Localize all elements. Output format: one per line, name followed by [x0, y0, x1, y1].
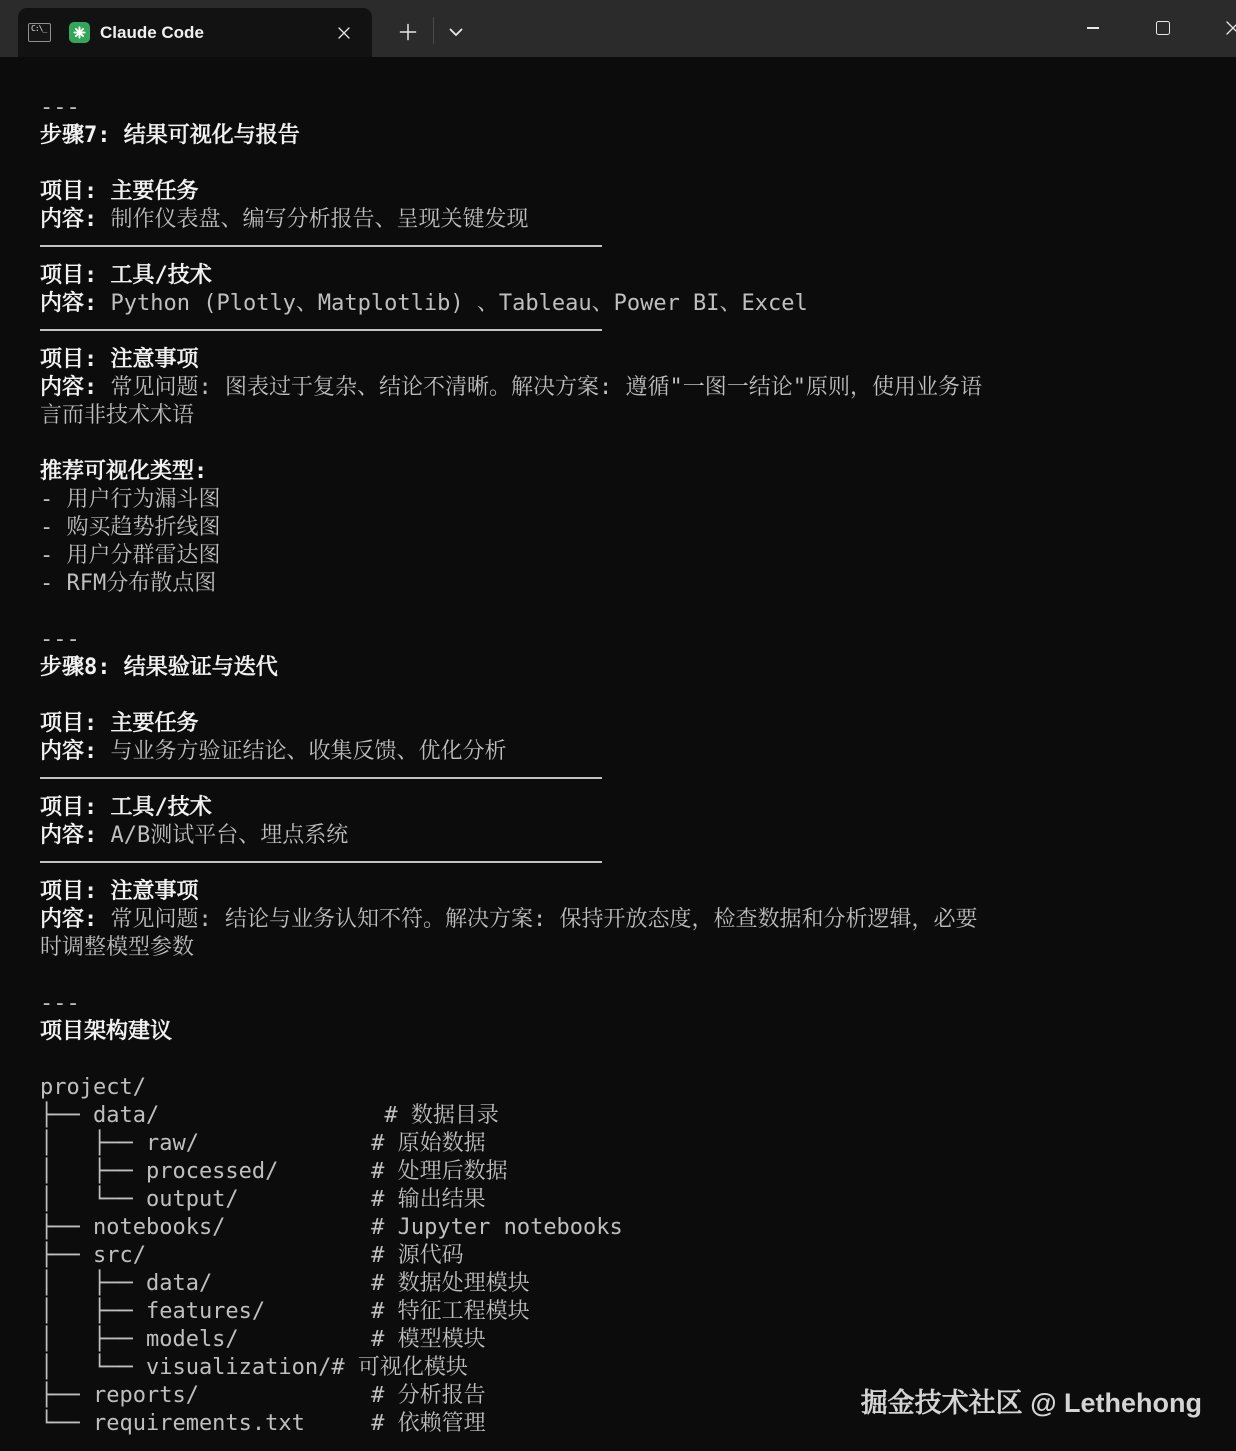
terminal-text-segment: └── requirements.txt # 依赖管理: [40, 1411, 486, 1436]
terminal-line: 项目: 主要任务: [40, 710, 1236, 738]
close-button[interactable]: [1210, 0, 1236, 56]
terminal-text-segment: │ ├── raw/ # 原始数据: [40, 1131, 486, 1156]
terminal-line: │ └── output/ # 输出结果: [40, 1186, 1236, 1214]
terminal-line: │ ├── data/ # 数据处理模块: [40, 1270, 1236, 1298]
terminal-line: - 用户分群雷达图: [40, 542, 1236, 570]
maximize-button[interactable]: [1140, 0, 1186, 56]
terminal-text-segment: 内容:: [40, 823, 111, 848]
terminal-line: │ ├── features/ # 特征工程模块: [40, 1298, 1236, 1326]
claude-code-icon: [69, 22, 90, 43]
terminal-text-segment: 言而非技术术语: [40, 403, 194, 428]
tab-dropdown-button[interactable]: [441, 16, 471, 48]
terminal-line: │ ├── processed/ # 处理后数据: [40, 1158, 1236, 1186]
close-icon: [1226, 21, 1236, 35]
separator-line: [40, 777, 602, 779]
terminal-line: - RFM分布散点图: [40, 570, 1236, 598]
terminal-line: 步骤8: 结果验证与迭代: [40, 654, 1236, 682]
terminal-text-segment: 制作仪表盘、编写分析报告、呈现关键发现: [111, 207, 529, 232]
terminal-text-segment: │ ├── data/ # 数据处理模块: [40, 1271, 530, 1296]
terminal-content: ---步骤7: 结果可视化与报告项目: 主要任务内容: 制作仪表盘、编写分析报告…: [0, 57, 1236, 1451]
terminal-line: - 购买趋势折线图: [40, 514, 1236, 542]
terminal-text-segment: 推荐可视化类型:: [40, 459, 207, 484]
terminal-text-segment: 内容:: [40, 907, 111, 932]
terminal-line: 项目: 工具/技术: [40, 794, 1236, 822]
terminal-line: 内容: 常见问题: 图表过于复杂、结论不清晰。解决方案: 遵循"一图一结论"原则…: [40, 374, 1236, 402]
terminal-text-segment: ├── src/ # 源代码: [40, 1243, 464, 1268]
terminal-line: 推荐可视化类型:: [40, 458, 1236, 486]
terminal-text-segment: 项目: 主要任务: [40, 711, 199, 736]
tab-claude-code[interactable]: C:\_ Claude Code: [18, 8, 372, 57]
terminal-text-segment: 项目: 工具/技术: [40, 263, 212, 288]
table-separator-row: [40, 766, 1236, 794]
terminal-line: ├── data/ # 数据目录: [40, 1102, 1236, 1130]
terminal-text-segment: ├── notebooks/ # Jupyter notebooks: [40, 1215, 623, 1240]
table-separator-row: [40, 318, 1236, 346]
terminal-text-segment: 与业务方验证结论、收集反馈、优化分析: [111, 739, 507, 764]
terminal-text-segment: A/B测试平台、埋点系统: [111, 823, 349, 848]
terminal-text-segment: 常见问题: 结论与业务认知不符。解决方案: 保持开放态度，检查数据和分析逻辑，必…: [111, 907, 978, 932]
terminal-line: ---: [40, 94, 1236, 122]
terminal-text-segment: 内容:: [40, 375, 111, 400]
terminal-line: 内容: 常见问题: 结论与业务认知不符。解决方案: 保持开放态度，检查数据和分析…: [40, 906, 1236, 934]
terminal-line: 言而非技术术语: [40, 402, 1236, 430]
separator-line: [40, 861, 602, 863]
separator-line: [40, 245, 602, 247]
terminal-line: [40, 430, 1236, 458]
terminal-text-segment: │ ├── features/ # 特征工程模块: [40, 1299, 530, 1324]
terminal-line: project/: [40, 1074, 1236, 1102]
tab-title: Claude Code: [100, 23, 204, 43]
terminal-line: ├── src/ # 源代码: [40, 1242, 1236, 1270]
terminal-line: 内容: Python (Plotly、Matplotlib) 、Tableau、…: [40, 290, 1236, 318]
terminal-line: 项目: 注意事项: [40, 346, 1236, 374]
terminal-line: ---: [40, 626, 1236, 654]
terminal-text-segment: ---: [40, 627, 80, 652]
minimize-button[interactable]: [1070, 0, 1116, 56]
terminal-text-segment: - 购买趋势折线图: [40, 515, 221, 540]
console-window-icon: C:\_: [28, 23, 51, 42]
terminal-text-segment: 项目: 注意事项: [40, 347, 199, 372]
plus-icon: [399, 23, 417, 41]
terminal-line: 时调整模型参数: [40, 934, 1236, 962]
terminal-text-segment: - 用户行为漏斗图: [40, 487, 221, 512]
terminal-line: │ ├── raw/ # 原始数据: [40, 1130, 1236, 1158]
terminal-text-segment: 内容:: [40, 291, 111, 316]
separator-line: [40, 329, 602, 331]
terminal-line: 内容: 制作仪表盘、编写分析报告、呈现关键发现: [40, 206, 1236, 234]
terminal-text-segment: │ ├── models/ # 模型模块: [40, 1327, 486, 1352]
terminal-text-segment: - 用户分群雷达图: [40, 543, 221, 568]
terminal-text-segment: 内容:: [40, 207, 111, 232]
terminal-text-segment: 步骤7: 结果可视化与报告: [40, 123, 300, 148]
terminal-text-segment: 常见问题: 图表过于复杂、结论不清晰。解决方案: 遵循"一图一结论"原则，使用业…: [111, 375, 982, 400]
terminal-line: [40, 1046, 1236, 1074]
terminal-line: 内容: A/B测试平台、埋点系统: [40, 822, 1236, 850]
terminal-text-segment: ├── reports/ # 分析报告: [40, 1383, 486, 1408]
terminal-text-segment: │ ├── processed/ # 处理后数据: [40, 1159, 508, 1184]
console-glyph: C:\_: [31, 24, 46, 33]
tab-close-button[interactable]: [332, 21, 356, 45]
terminal-text-segment: Python (Plotly、Matplotlib) 、Tableau、Powe…: [111, 291, 808, 316]
terminal-text-segment: 时调整模型参数: [40, 935, 194, 960]
terminal-text-segment: ├── data/ # 数据目录: [40, 1103, 499, 1128]
terminal-line: ---: [40, 990, 1236, 1018]
terminal-line: 步骤7: 结果可视化与报告: [40, 122, 1236, 150]
maximize-icon: [1156, 21, 1170, 35]
terminal-text-segment: │ └── output/ # 输出结果: [40, 1187, 486, 1212]
terminal-text-segment: 内容:: [40, 739, 111, 764]
table-separator-row: [40, 850, 1236, 878]
terminal-line: │ ├── models/ # 模型模块: [40, 1326, 1236, 1354]
terminal-line: 内容: 与业务方验证结论、收集反馈、优化分析: [40, 738, 1236, 766]
table-separator-row: [40, 234, 1236, 262]
close-icon: [338, 27, 350, 39]
terminal-text-segment: ---: [40, 95, 80, 120]
terminal-text-segment: 项目: 主要任务: [40, 179, 199, 204]
new-tab-button[interactable]: [392, 16, 424, 48]
terminal-text-segment: - RFM分布散点图: [40, 571, 216, 596]
terminal-text-segment: project/: [40, 1075, 146, 1100]
terminal-line: [40, 682, 1236, 710]
terminal-line: 项目: 主要任务: [40, 178, 1236, 206]
terminal-line: 项目: 注意事项: [40, 878, 1236, 906]
watermark: 掘金技术社区 @ Lethehong: [861, 1381, 1202, 1420]
terminal-line: 项目: 工具/技术: [40, 262, 1236, 290]
terminal-line: [40, 962, 1236, 990]
terminal-text-segment: 步骤8: 结果验证与迭代: [40, 655, 278, 680]
tab-bar-divider: [433, 17, 434, 44]
terminal-text-segment: 项目架构建议: [40, 1019, 172, 1044]
terminal-line: [40, 150, 1236, 178]
terminal-text-segment: ---: [40, 991, 80, 1016]
terminal-line: │ └── visualization/# 可视化模块: [40, 1354, 1236, 1382]
terminal-line: - 用户行为漏斗图: [40, 486, 1236, 514]
terminal-line: 项目架构建议: [40, 1018, 1236, 1046]
terminal-text-segment: │ └── visualization/# 可视化模块: [40, 1355, 468, 1380]
minimize-icon: [1087, 27, 1099, 29]
chevron-down-icon: [449, 28, 463, 37]
terminal-line: ├── notebooks/ # Jupyter notebooks: [40, 1214, 1236, 1242]
terminal-text-segment: 项目: 工具/技术: [40, 795, 212, 820]
title-bar: C:\_ Claude Code: [0, 0, 1236, 57]
terminal-line: [40, 598, 1236, 626]
terminal-text-segment: 项目: 注意事项: [40, 879, 199, 904]
